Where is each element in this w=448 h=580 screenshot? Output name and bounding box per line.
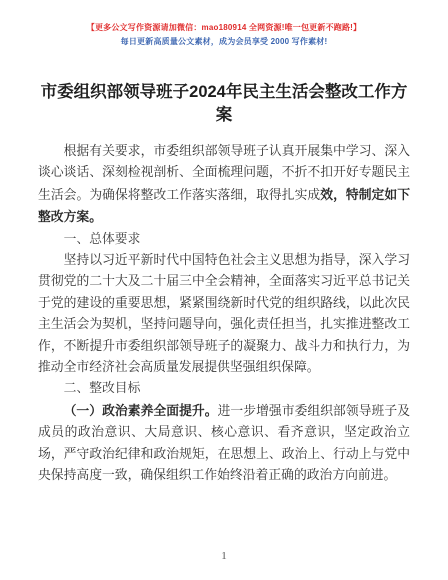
section-heading-2: 二、整改目标 [38,378,410,399]
section-heading-1: 一、总体要求 [38,229,410,250]
promo-line-red: 【更多公文写作资源请加微信：mao180914 全网资源!唯一包更新不跑路!】 [0,21,448,35]
document-body: 根据有关要求，市委组织部领导班子认真开展集中学习、深入谈心谈话、深刻检视剖析、全… [38,141,410,487]
document-title: 市委组织部领导班子2024年民主生活会整改工作方案 [40,81,408,127]
item-lead-bold: （一）政治素养全面提升。 [64,403,218,418]
promo-line-blue: 每日更新高质量公文素材，成为会员享受 2000 写作素材! [0,35,448,49]
page-number: 1 [0,550,448,562]
document-page: 【更多公文写作资源请加微信：mao180914 全网资源!唯一包更新不跑路!】 … [0,0,448,580]
section-2-item-paragraph: （一）政治素养全面提升。进一步增强市委组织部领导班子及成员的政治意识、大局意识、… [38,400,410,487]
paragraph-intro: 根据有关要求，市委组织部领导班子认真开展集中学习、深入谈心谈话、深刻检视剖析、全… [38,141,410,229]
promo-header: 【更多公文写作资源请加微信：mao180914 全网资源!唯一包更新不跑路!】 … [0,0,448,49]
section-1-paragraph: 坚持以习近平新时代中国特色社会主义思想为指导，深入学习贯彻党的二十大及二十届三中… [38,250,410,378]
